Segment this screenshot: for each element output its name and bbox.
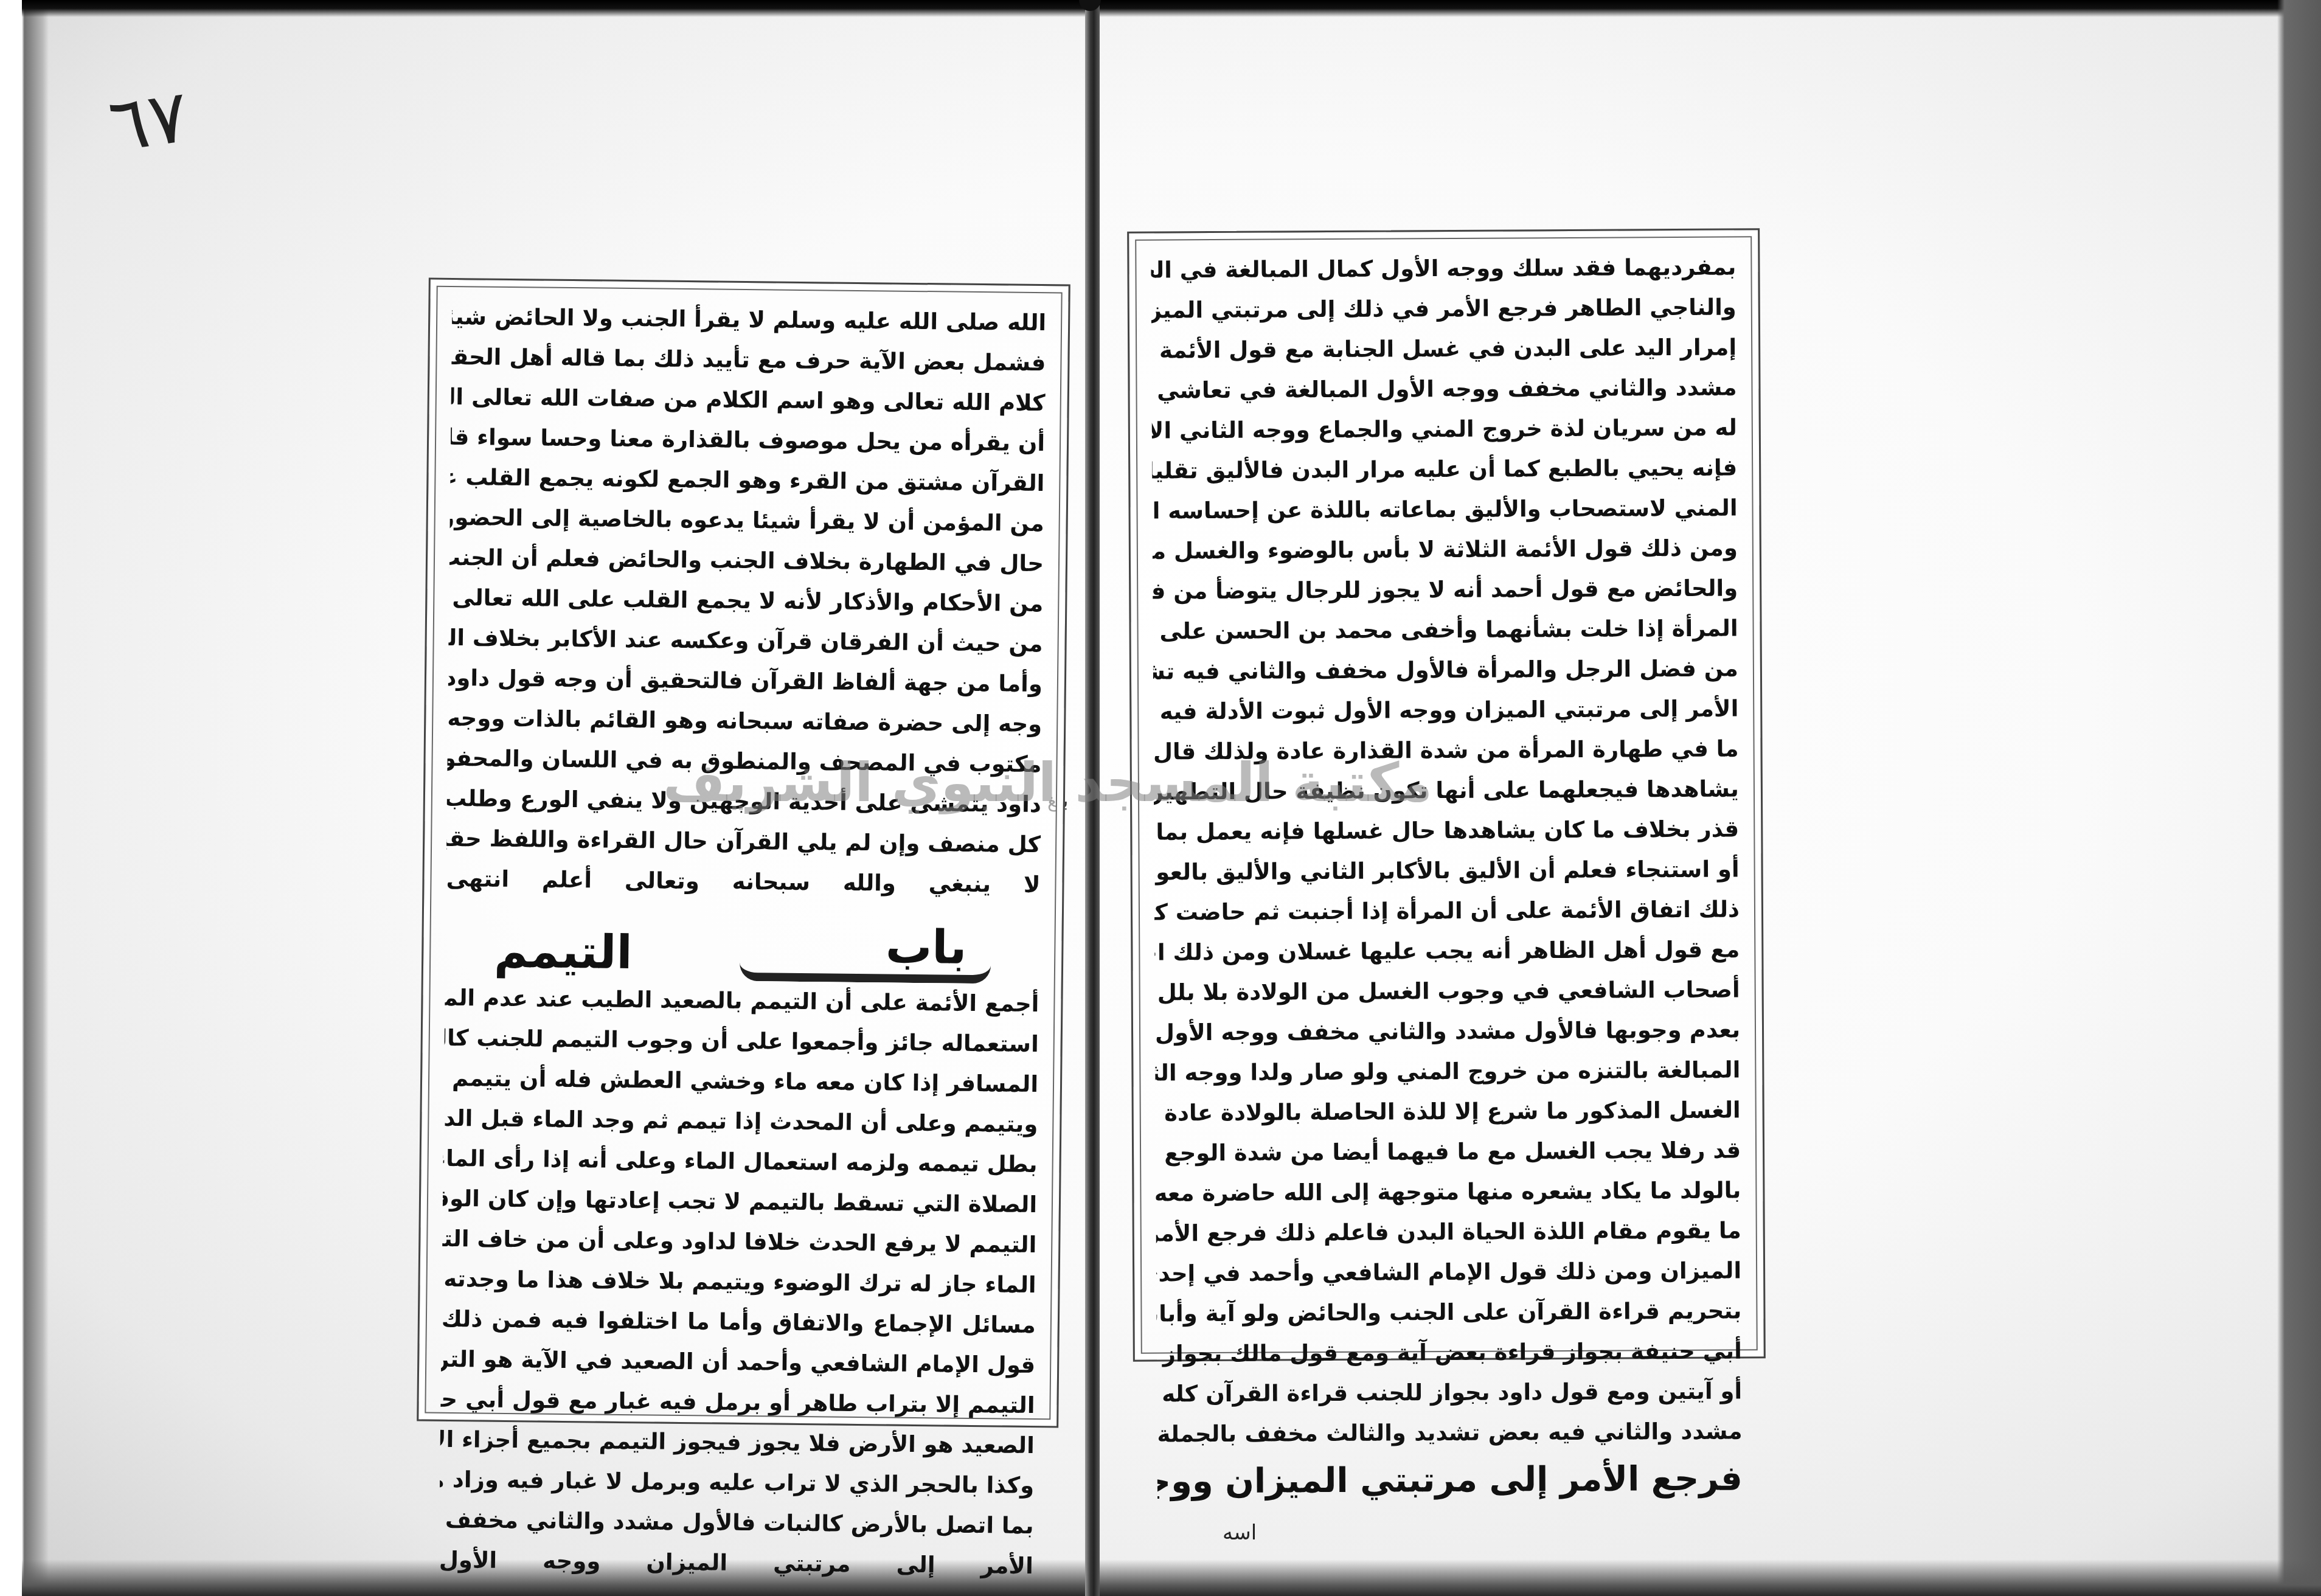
manuscript-line: القرآن مشتق من القرء وهو الجمع لكونه يجم… bbox=[450, 457, 1045, 504]
manuscript-line: وأما من جهة ألفاظ القرآن فالتحقيق أن وجه… bbox=[448, 658, 1043, 704]
manuscript-line: قد رفلا يجب الغسل مع ما فيهما أيضا من شد… bbox=[1156, 1130, 1741, 1173]
manuscript-line: أو استنجاء فعلم أن الأليق بالأكابر الثان… bbox=[1154, 849, 1739, 892]
manuscript-line: ذلك اتفاق الأئمة على أن المرأة إذا أجنبت… bbox=[1154, 889, 1740, 932]
left-page: الله صلى الله عليه وسلم لا يقرأ الجنب ول… bbox=[417, 278, 1070, 1428]
library-watermark: مكتبة المسجد النبوي الشريف bbox=[663, 751, 1432, 814]
manuscript-line: قول الإمام الشافعي وأحمد أن الصعيد في ال… bbox=[441, 1339, 1036, 1386]
manuscript-line: المني لاستصحاب والأليق بماعاته باللذة عن… bbox=[1152, 488, 1737, 531]
manuscript-line: الغسل المذكور ما شرع إلا للذة الحاصلة با… bbox=[1156, 1090, 1741, 1133]
bottom-center-note: اسه bbox=[1223, 1521, 1257, 1545]
manuscript-line: وكذا بالحجر الذي لا تراب عليه وبرمل لا غ… bbox=[440, 1460, 1035, 1506]
chapter-heading-bab: باب bbox=[739, 918, 991, 984]
manuscript-line: إمرار اليد على البدن في غسل الجنابة مع ق… bbox=[1151, 327, 1736, 370]
manuscript-line: ما يقوم مقام اللذة الحياة البدن فاعلم ذل… bbox=[1156, 1210, 1741, 1254]
manuscript-line: وجه إلى حضرة صفاته سبحانه وهو القائم بال… bbox=[448, 698, 1043, 744]
manuscript-line: والناجي الطاهر فرجع الأمر في ذلك إلى مرت… bbox=[1151, 287, 1736, 330]
manuscript-line: بما اتصل بالأرض كالنبات فالأول مشدد والث… bbox=[439, 1500, 1034, 1546]
manuscript-line: المسافر إذا كان معه ماء وخشي العطش فله أ… bbox=[444, 1058, 1039, 1105]
manuscript-line: بعدم وجوبها فالأول مشدد والثاني مخفف ووج… bbox=[1155, 1010, 1740, 1053]
manuscript-line: من المؤمن أن لا يقرأ شيئا يدعوه بالخاصية… bbox=[449, 498, 1044, 544]
manuscript-line: الميزان ومن ذلك قول الإمام الشافعي وأحمد… bbox=[1156, 1251, 1741, 1294]
scan-right-edge bbox=[2277, 0, 2321, 1596]
chapter-heading: باب التيمم bbox=[445, 899, 1040, 984]
manuscript-line: كل منصف وإن لم يلي القرآن حال القراءة وا… bbox=[446, 819, 1041, 865]
right-page-text: بمفرديهما فقد سلك ووجه الأول كمال المبال… bbox=[1151, 247, 1742, 1454]
manuscript-line: بتحريم قراءة القرآن على الجنب والحائض ول… bbox=[1156, 1291, 1741, 1334]
folio-number: ٦٧ bbox=[104, 74, 193, 169]
manuscript-line: مشدد والثاني مخفف ووجه الأول المبالغة في… bbox=[1151, 367, 1736, 411]
manuscript-line: الصلاة التي تسقط بالتيمم لا تجب إعادتها … bbox=[443, 1179, 1038, 1225]
manuscript-line: له من سريان لذة خروج المني والجماع ووجه … bbox=[1152, 408, 1737, 451]
chapter-heading-title: التيمم bbox=[494, 924, 633, 980]
scan-top-edge bbox=[22, 0, 2321, 17]
manuscript-line: بمفرديهما فقد سلك ووجه الأول كمال المبال… bbox=[1151, 247, 1736, 290]
left-page-text-before-heading: الله صلى الله عليه وسلم لا يقرأ الجنب ول… bbox=[446, 297, 1046, 905]
manuscript-line: فشمل بعض الآية حرف مع تأييد ذلك بما قاله… bbox=[451, 337, 1046, 383]
manuscript-line: من الأحكام والأذكار لأنه لا يجمع القلب ع… bbox=[449, 578, 1044, 624]
left-page-text-after-heading: أجمع الأئمة على أن التيمم بالصعيد الطيب … bbox=[439, 978, 1039, 1586]
manuscript-line: الأمر إلى مرتبتي الميزان ووجه الأول bbox=[439, 1540, 1033, 1586]
manuscript-line: أبي حنيفة بجواز قراءة بعض آية ومع قول ما… bbox=[1157, 1331, 1742, 1374]
manuscript-line: المرأة إذا خلت بشأنهما وأخفى محمد بن الح… bbox=[1153, 608, 1738, 651]
manuscript-line: مشدد والثاني فيه بعض تشديد والثالث مخفف … bbox=[1157, 1411, 1742, 1454]
scan-bottom-edge bbox=[22, 1560, 2321, 1596]
manuscript-line: أصحاب الشافعي في وجوب الغسل من الولادة ب… bbox=[1155, 970, 1740, 1013]
manuscript-line: فإنه يحيي بالطبع كما أن عليه مرار البدن … bbox=[1152, 448, 1737, 491]
manuscript-line: لا ينبغي والله سبحانه وتعالى أعلم انتهى bbox=[446, 859, 1041, 905]
manuscript-line: قذر بخلاف ما كان يشاهدها حال غسلها فإنه … bbox=[1154, 809, 1739, 852]
manuscript-line: كلام الله تعالى وهو اسم الكلام من صفات ا… bbox=[451, 377, 1046, 423]
manuscript-line: التيمم لا يرفع الحدث خلافا لداود وعلى أن… bbox=[442, 1219, 1037, 1265]
manuscript-line: أجمع الأئمة على أن التيمم بالصعيد الطيب … bbox=[445, 978, 1039, 1024]
manuscript-line: بطل تيممه ولزمه استعمال الماء وعلى أنه إ… bbox=[443, 1139, 1038, 1185]
manuscript-line: الله صلى الله عليه وسلم لا يقرأ الجنب ول… bbox=[452, 297, 1047, 343]
manuscript-line: أو آيتين ومع قول داود بجواز للجنب قراءة … bbox=[1157, 1371, 1742, 1414]
scan-left-edge bbox=[0, 0, 49, 1596]
manuscript-line: ويتيمم وعلى أن المحدث إذا تيمم ثم وجد ال… bbox=[443, 1098, 1038, 1145]
manuscript-line: مع قول أهل الظاهر أنه يجب عليها غسلان وم… bbox=[1154, 929, 1740, 973]
manuscript-line: بالولد ما يكاد يشعره منها متوجهة إلى الل… bbox=[1156, 1170, 1741, 1213]
manuscript-line: من فضل الرجل والمرأة فالأول مخفف والثاني… bbox=[1153, 648, 1738, 692]
manuscript-line: حال في الطهارة بخلاف الجنب والحائض فعلم … bbox=[449, 538, 1044, 584]
manuscript-line: ومن ذلك قول الأئمة الثلاثة لا بأس بالوضو… bbox=[1153, 528, 1738, 571]
manuscript-line: التيمم إلا بتراب طاهر أو برمل فيه غبار م… bbox=[440, 1379, 1035, 1426]
manuscript-line: مسائل الإجماع والاتفاق وأما ما اختلفوا ف… bbox=[442, 1299, 1036, 1345]
manuscript-line: من حيث أن الفرقان قرآن وعكسه عند الأكابر… bbox=[448, 618, 1043, 664]
manuscript-line: الأمر إلى مرتبتي الميزان ووجه الأول ثبوت… bbox=[1153, 689, 1738, 732]
manuscript-line: والحائض مع قول أحمد أنه لا يجوز للرجال ي… bbox=[1153, 568, 1738, 611]
manuscript-line: الصعيد هو الأرض فلا يجوز فيجوز التيمم بج… bbox=[440, 1420, 1035, 1466]
manuscript-line: أن يقرأه من يحل موصوف بالقذارة معنا وحسا… bbox=[451, 417, 1046, 463]
manuscript-line: الماء جاز له ترك الوضوء ويتيمم بلا خلاف … bbox=[442, 1259, 1036, 1305]
right-page-final-line: فرجع الأمر إلى مرتبتي الميزان ووجه الأول… bbox=[1157, 1451, 1743, 1513]
manuscript-line: المبالغة بالتنزه من خروج المني ولو صار و… bbox=[1155, 1050, 1740, 1093]
manuscript-line: استعماله جائز وأجمعوا على أن وجوب التيمم… bbox=[444, 1018, 1039, 1064]
